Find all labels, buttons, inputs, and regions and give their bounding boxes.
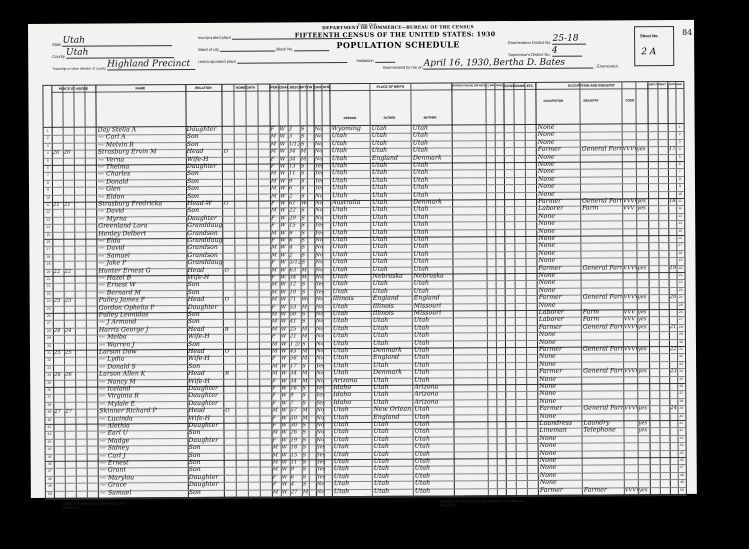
abbreviations-title: ABBREVIATIONS TO BE USED IN COLUMNS INDI… [63, 501, 133, 509]
line-number: 35 [677, 376, 685, 383]
line-number: 31 [677, 346, 685, 353]
line-number: 39 [677, 405, 685, 412]
cell-vet [671, 486, 679, 494]
col-group-birthplace: PLACE OF BIRTH [329, 83, 452, 91]
line-number: 5 [44, 157, 52, 164]
col-group-personal: PERSONAL DESCRIPTION [269, 84, 314, 91]
line-number: 27 [45, 320, 53, 327]
cell-pb: Utah [334, 488, 372, 496]
ward-field: Ward of city Block No. [198, 46, 329, 52]
cell-code: VVVV [625, 486, 638, 494]
line-number: 12 [44, 209, 52, 216]
line-number: 7 [44, 172, 52, 179]
cell-dw [55, 489, 65, 497]
enumerated-date: April 16, 1930, [424, 58, 492, 68]
line-number: 3 [44, 143, 52, 150]
line-number: 21 [45, 276, 53, 283]
line-number: 4 [676, 146, 684, 153]
line-number: 6 [676, 161, 684, 168]
line-number: 29 [677, 331, 685, 338]
col-group-mother-tongue: MOTHER TONGUE (OR NATIVE LANGUAGE) OF FO… [451, 83, 504, 90]
line-number: 34 [677, 368, 685, 375]
line-number: 26 [677, 309, 685, 316]
line-number: 13 [676, 213, 684, 220]
cell-own [226, 488, 236, 496]
cell-occ: Farmer [540, 486, 582, 494]
line-number: 1 [676, 124, 684, 131]
line-number: 8 [44, 180, 52, 187]
line-number: 48 [678, 472, 686, 479]
line-number: 49 [46, 483, 54, 490]
line-number: 7 [676, 168, 684, 175]
line-number: 24 [677, 294, 685, 301]
county-field: County Utah [52, 47, 174, 59]
state-field: State Utah [52, 35, 173, 47]
line-number: 15 [676, 228, 684, 235]
col-group-citizenship: CITIZENSHIP, ETC. [503, 83, 536, 90]
line-number: 32 [45, 357, 53, 364]
page-number: 84 [682, 28, 692, 37]
line-number: 44 [678, 442, 686, 449]
line-number: 30 [45, 342, 53, 349]
line-number: 15 [44, 231, 52, 238]
cell-age: 27 [291, 488, 302, 496]
subhead-code: CODE [625, 98, 634, 102]
line-number: 5 [676, 154, 684, 161]
line-number: 30 [677, 339, 685, 346]
line-number: 12 [676, 205, 684, 212]
line-number: 25 [677, 302, 685, 309]
column-headers: PLACE OF ABODE NAME RELATION HOME DATA P… [43, 82, 683, 128]
cell-name: — Samuel [100, 489, 188, 498]
line-number: 49 [678, 479, 686, 486]
line-number: 46 [46, 461, 54, 468]
line-number: 9 [676, 183, 684, 190]
cell-race: W [282, 488, 290, 496]
line-number: 18 [44, 254, 52, 261]
cell-sch: No [317, 488, 325, 496]
line-number: 31 [45, 350, 53, 357]
line-number: 20 [676, 265, 684, 272]
line-number: 33 [677, 361, 685, 368]
line-number: 22 [45, 283, 53, 290]
line-number: 16 [676, 235, 684, 242]
line-number: 2 [44, 135, 52, 142]
line-number: 25 [45, 305, 53, 312]
line-number: 14 [676, 220, 684, 227]
line-number: 39 [45, 409, 53, 416]
line-number: 33 [45, 365, 53, 372]
line-number: 19 [44, 261, 52, 268]
township-field: Township or other division of county Hig… [52, 59, 195, 71]
line-number: 42 [677, 427, 685, 434]
line-number: 17 [676, 242, 684, 249]
census-table: PLACE OF ABODE NAME RELATION HOME DATA P… [42, 81, 687, 500]
line-number: 27 [677, 316, 685, 323]
supervisor-district-field: Supervisor's District No. 4 [508, 46, 582, 57]
line-number: 36 [677, 383, 685, 390]
township-value: Highland Precinct [107, 59, 190, 70]
sheet-number: 2 A [641, 47, 656, 57]
line-number: 44 [46, 446, 54, 453]
line-number: 37 [677, 390, 685, 397]
line-number: 45 [46, 453, 54, 460]
line-number: 28 [45, 328, 53, 335]
line-number: 1 [44, 128, 52, 135]
enumerator-name: Bertha D. Bates [493, 58, 565, 68]
subhead-mother: MOTHER [424, 116, 437, 120]
line-number: 37 [45, 394, 53, 401]
line-number: 23 [45, 291, 53, 298]
incorporated-place-field: Incorporated place [198, 34, 352, 40]
line-number: 10 [44, 194, 52, 201]
line-number: 18 [676, 250, 684, 257]
line-number: 17 [44, 246, 52, 253]
cell-work: yes [639, 486, 650, 494]
line-number: 47 [46, 468, 54, 475]
line-number: 43 [46, 439, 54, 446]
line-number: 50 [678, 487, 686, 494]
cell-fb: Utah [374, 487, 412, 495]
subhead-occupation: OCCUPATION [543, 99, 563, 103]
line-number: 23 [677, 287, 685, 294]
census-sheet: Form 15-6 DEPARTMENT OF COMMERCE—BUREAU … [28, 20, 697, 498]
sd-value: 4 [552, 46, 558, 56]
line-number: 3 [676, 139, 684, 146]
line-number: 38 [45, 402, 53, 409]
line-number: 40 [45, 416, 53, 423]
enumeration-district-field: Enumeration District No. 25-18 [508, 34, 587, 45]
line-number: 19 [676, 257, 684, 264]
line-number: 38 [677, 398, 685, 405]
subhead-father: FATHER [384, 116, 396, 120]
line-number: 45 [678, 450, 686, 457]
line-number: 41 [677, 420, 685, 427]
enumerated-field: Enumerated by me on April 16, 1930, Bert… [383, 57, 619, 69]
line-number: 40 [677, 413, 685, 420]
line-number: 10 [676, 191, 684, 198]
line-number: 8 [676, 176, 684, 183]
line-number: 41 [45, 424, 53, 431]
line-number: 4 [44, 150, 52, 157]
line-number: 28 [677, 324, 685, 331]
line-number: 22 [677, 279, 685, 286]
state-value: Utah [63, 36, 85, 46]
cell-fam [66, 489, 76, 497]
line-number: 32 [677, 353, 685, 360]
cell-rel: Son [189, 488, 224, 496]
line-number: 47 [678, 464, 686, 471]
line-number: 50 [46, 490, 54, 497]
line-number: 35 [45, 379, 53, 386]
entries-title: ENTRIES ARE REQUIRED IN THE REVERSE COLU… [440, 499, 530, 508]
line-number: 20 [44, 268, 52, 275]
line-number: 42 [45, 431, 53, 438]
line-number: 48 [46, 476, 54, 483]
col-group-relation: RELATION [185, 85, 222, 92]
line-number: 16 [44, 239, 52, 246]
line-number: 9 [44, 187, 52, 194]
line-number: 36 [45, 387, 53, 394]
sheet-number-box: Sheet No. 2 A [634, 26, 674, 66]
line-number: 26 [45, 313, 53, 320]
cell-ms: M [303, 488, 309, 496]
line-number: 21 [677, 272, 685, 279]
line-number: 6 [44, 165, 52, 172]
subhead-person: PERSON [344, 116, 357, 120]
col-group-occupation: OCCUPATION AND INDUSTRY [535, 82, 648, 90]
subhead-industry: INDUSTRY [583, 99, 598, 103]
line-number: 14 [44, 224, 52, 231]
cell-sex: M [273, 488, 281, 496]
line-number: 34 [45, 372, 53, 379]
footer: ABBREVIATIONS TO BE USED IN COLUMNS INDI… [45, 496, 685, 514]
county-value: Utah [66, 48, 88, 58]
cell-ind: Farmer [584, 486, 624, 494]
line-number: 13 [44, 217, 52, 224]
line-number: 11 [44, 202, 52, 209]
col-group-name: NAME [95, 85, 186, 93]
line-number: 29 [45, 335, 53, 342]
line-number: 46 [678, 457, 686, 464]
line-number: 43 [678, 435, 686, 442]
unincorporated-place-field: Unincorporated place Institution [198, 58, 395, 64]
line-number: 2 [676, 131, 684, 138]
line-number: 24 [45, 298, 53, 305]
line-number: 11 [676, 198, 684, 205]
cell-mb: Utah [415, 487, 453, 495]
ed-value: 25-18 [553, 34, 579, 44]
